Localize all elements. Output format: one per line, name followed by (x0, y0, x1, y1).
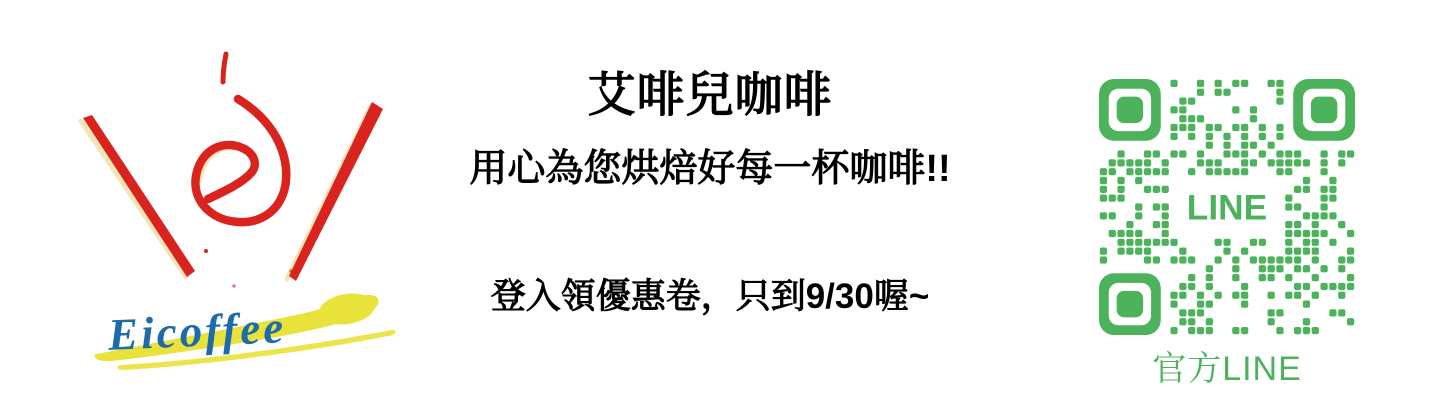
qr-finder-top-left (1099, 79, 1161, 141)
red-stroke-right (289, 102, 383, 281)
cream-edge-left (81, 121, 186, 277)
qr-center-label: LINE (1187, 188, 1267, 227)
banner-title: 艾啡兒咖啡 (415, 56, 1005, 125)
line-qr-code: LINE (1099, 79, 1355, 335)
banner-promo-text: 登入領優惠卷，只到9/30喔~ (415, 269, 1005, 319)
qr-caption: 官方LINE (1099, 341, 1355, 390)
red-stroke-left (83, 115, 195, 277)
splatter-dot (289, 269, 292, 272)
promo-banner: Eicoffee 艾啡兒咖啡 用心為您烘焙好每一杯咖啡!! 登入領優惠卷，只到9… (0, 0, 1440, 400)
eicoffee-logo: Eicoffee (60, 20, 420, 380)
splatter-dot (232, 284, 235, 287)
banner-subtitle: 用心為您烘焙好每一杯咖啡!! (415, 137, 1005, 192)
splatter-dot (204, 249, 208, 253)
red-dash (223, 54, 226, 82)
qr-finder-bottom-left (1099, 273, 1161, 335)
qr-code-icon: LINE (1099, 79, 1355, 335)
banner-copy: 艾啡兒咖啡 用心為您烘焙好每一杯咖啡!! 登入領優惠卷，只到9/30喔~ (415, 0, 1005, 400)
qr-finder-top-right (1293, 79, 1355, 141)
